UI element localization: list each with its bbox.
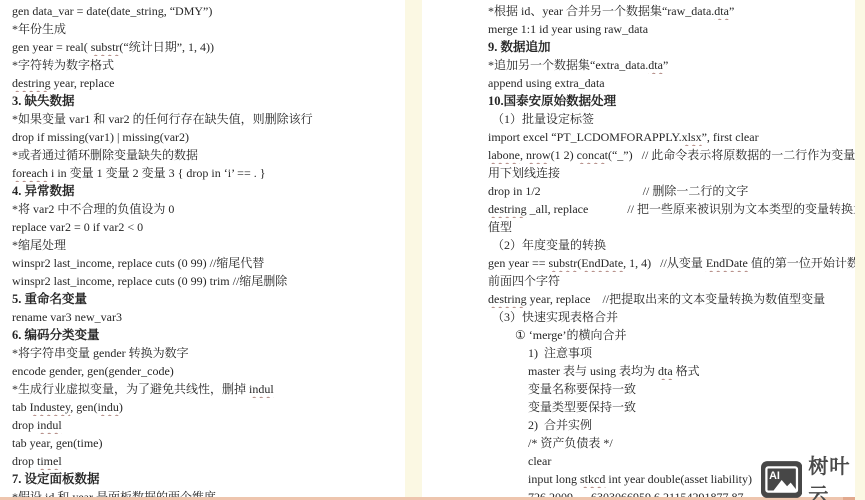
doc-line: master 表与 using 表均为 dta 格式	[488, 362, 855, 380]
spellcheck-underlined-word: destring	[12, 76, 51, 90]
spellcheck-underlined-word: EndDate	[581, 256, 623, 270]
doc-line: *字符转为数字格式	[12, 56, 405, 74]
doc-line: 10.国泰安原始数据处理	[488, 92, 855, 110]
spellcheck-underlined-word: Industey	[30, 400, 71, 414]
doc-line: destring _all, replace // 把一些原来被识别为文本类型的…	[488, 200, 855, 218]
doc-line: winspr2 last_income, replace cuts (0 99)…	[12, 272, 405, 290]
doc-line: *生成行业虚拟变量，为了避免共线性，删掉 indul	[12, 380, 405, 398]
doc-line: drop timel	[12, 452, 405, 470]
doc-line: drop in 1/2 // 删除一二行的文字	[488, 182, 855, 200]
spellcheck-underlined-word: substr	[91, 40, 120, 54]
doc-line: *年份生成	[12, 20, 405, 38]
doc-line: append using extra_data	[488, 74, 855, 92]
spellcheck-underlined-word: foreach	[12, 166, 48, 180]
doc-line: drop if missing(var1) | missing(var2)	[12, 128, 405, 146]
doc-line: drop indul	[12, 416, 405, 434]
spellcheck-underlined-word: timel	[37, 454, 62, 468]
doc-line: 7. 设定面板数据	[12, 470, 405, 488]
left-page-text: gen data_var = date(date_string, “DMY”)*…	[12, 2, 405, 500]
doc-line: 用下划线连接	[488, 164, 855, 182]
spellcheck-underlined-word: concat	[577, 148, 608, 162]
spellcheck-underlined-word: stkcd	[580, 472, 605, 486]
doc-line: rename var3 new_var3	[12, 308, 405, 326]
spellcheck-underlined-word: indul	[249, 382, 274, 396]
spellcheck-underlined-word: destring	[488, 202, 527, 216]
doc-line: tab year, gen(time)	[12, 434, 405, 452]
doc-line: 3. 缺失数据	[12, 92, 405, 110]
doc-line: （3）快速实现表格合并	[488, 308, 855, 326]
left-page: gen data_var = date(date_string, “DMY”)*…	[0, 0, 405, 500]
doc-line: 9. 数据追加	[488, 38, 855, 56]
doc-line: 变量类型要保持一致	[488, 398, 855, 416]
doc-line: 值型	[488, 218, 855, 236]
doc-line: 2) 合并实例	[488, 416, 855, 434]
watermark-text: 树叶云	[808, 450, 865, 500]
doc-line: （1）批量设定标签	[488, 110, 855, 128]
right-page-text: *根据 id、year 合并另一个数据集“raw_data.dta”merge …	[488, 2, 855, 500]
doc-line: 6. 编码分类变量	[12, 326, 405, 344]
doc-line: 5. 重命名变量	[12, 290, 405, 308]
page-gutter-right	[855, 0, 865, 500]
spellcheck-underlined-word: dta	[658, 364, 673, 378]
doc-line: gen year = real( substr(“统计日期”, 1, 4))	[12, 38, 405, 56]
doc-line: *缩尾处理	[12, 236, 405, 254]
doc-line: ① ‘merge’的横向合并	[488, 326, 855, 344]
doc-line: *将字符串变量 gender 转换为数字	[12, 344, 405, 362]
spellcheck-underlined-word: dta	[714, 4, 729, 18]
doc-line: destring year, replace	[12, 74, 405, 92]
doc-line: winspr2 last_income, replace cuts (0 99)…	[12, 254, 405, 272]
doc-line: replace var2 = 0 if var2 < 0	[12, 218, 405, 236]
doc-line: encode gender, gen(gender_code)	[12, 362, 405, 380]
doc-line: destring year, replace //把提取出来的文本变量转换为数值…	[488, 290, 855, 308]
doc-line: （2）年度变量的转换	[488, 236, 855, 254]
doc-line: import excel “PT_LCDOMFORAPPLY.xlsx”, fi…	[488, 128, 855, 146]
doc-line: 1) 注意事项	[488, 344, 855, 362]
doc-line: *追加另一个数据集“extra_data.dta”	[488, 56, 855, 74]
spellcheck-underlined-word: EndDate	[706, 256, 748, 270]
doc-line: 前面四个字符	[488, 272, 855, 290]
doc-line: labone, nrow(1 2) concat(“_”) // 此命令表示将原…	[488, 146, 855, 164]
spellcheck-underlined-word: xlsx	[682, 130, 702, 144]
doc-line: *根据 id、year 合并另一个数据集“raw_data.dta”	[488, 2, 855, 20]
doc-line: 4. 异常数据	[12, 182, 405, 200]
doc-line: *将 var2 中不合理的负值设为 0	[12, 200, 405, 218]
spellcheck-underlined-word: destring	[488, 292, 527, 306]
doc-line: gen data_var = date(date_string, “DMY”)	[12, 2, 405, 20]
doc-line: merge 1:1 id year using raw_data	[488, 20, 855, 38]
right-page: *根据 id、year 合并另一个数据集“raw_data.dta”merge …	[422, 0, 855, 500]
doc-line: tab Industey, gen(indu)	[12, 398, 405, 416]
doc-line: gen year == substr(EndDate, 1, 4) //从变量 …	[488, 254, 855, 272]
spellcheck-underlined-word: indu	[98, 400, 119, 414]
spellcheck-underlined-word: dta	[648, 58, 663, 72]
svg-text:AI: AI	[769, 470, 780, 482]
doc-line: 变量名称要保持一致	[488, 380, 855, 398]
doc-line: *如果变量 var1 和 var2 的任何行存在缺失值，则删除该行	[12, 110, 405, 128]
spellcheck-underlined-word: nrow	[526, 148, 551, 162]
doc-line: *或者通过循环删除变量缺失的数据	[12, 146, 405, 164]
doc-line: foreach i in 变量 1 变量 2 变量 3 { drop in ‘i…	[12, 164, 405, 182]
spellcheck-underlined-word: indul	[37, 418, 62, 432]
page-gutter-middle	[405, 0, 422, 500]
ai-image-logo-icon: AI	[761, 459, 802, 500]
spellcheck-underlined-word: substr	[549, 256, 578, 270]
spellcheck-underlined-word: labone	[488, 148, 520, 162]
watermark: AI 树叶云	[761, 450, 865, 500]
